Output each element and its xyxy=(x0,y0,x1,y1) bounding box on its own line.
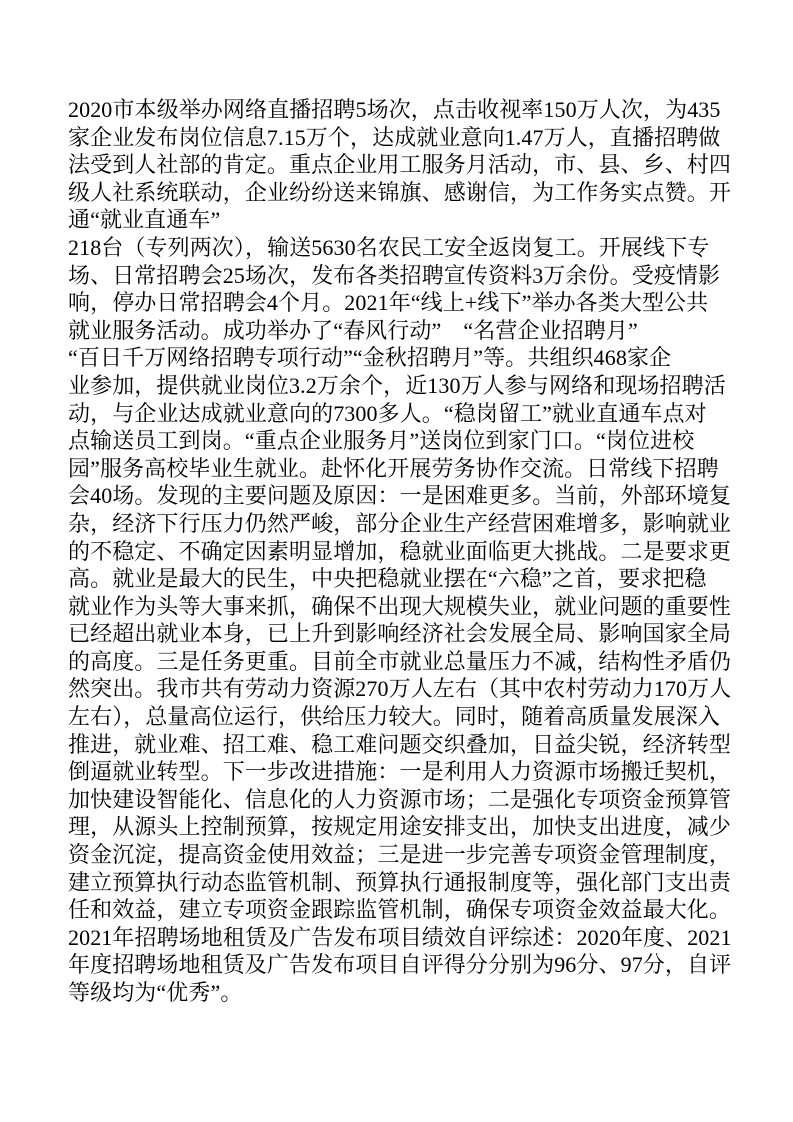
text-line: 倒逼就业转型。下一步改进措施：一是利用人力资源市场搬迁契机， xyxy=(68,758,740,786)
text-line: 通“就业直通车” xyxy=(68,206,740,234)
text-line: 推进，就业难、招工难、稳工难问题交织叠加，日益尖锐，经济转型 xyxy=(68,731,740,759)
text-line: 2020市本级举办网络直播招聘5场次，点击收视率150万人次，为435 xyxy=(68,96,740,124)
text-line: 已经超出就业本身，已上升到影响经济社会发展全局、影响国家全局 xyxy=(68,620,740,648)
text-line: 业参加，提供就业岗位3.2万余个，近130万人参与网络和现场招聘活 xyxy=(68,372,740,400)
text-line: 场、日常招聘会25场次，发布各类招聘宣传资料3万余份。受疫情影 xyxy=(68,262,740,290)
text-line: 然突出。我市共有劳动力资源270万人左右（其中农村劳动力170万人 xyxy=(68,675,740,703)
text-line: 就业服务活动。成功举办了“春风行动” “名营企业招聘月” xyxy=(68,317,740,345)
document-body-text: 2020市本级举办网络直播招聘5场次，点击收视率150万人次，为435家企业发布… xyxy=(68,96,740,1007)
text-line: 响，停办日常招聘会4个月。2021年“线上+线下”举办各类大型公共 xyxy=(68,289,740,317)
text-line: 法受到人社部的肯定。重点企业用工服务月活动，市、县、乡、村四 xyxy=(68,151,740,179)
text-line: 左右），总量高位运行，供给压力较大。同时，随着高质量发展深入 xyxy=(68,703,740,731)
document-page: 2020市本级举办网络直播招聘5场次，点击收视率150万人次，为435家企业发布… xyxy=(0,0,793,1122)
text-line: 理，从源头上控制预算，按规定用途安排支出，加快支出进度，减少 xyxy=(68,813,740,841)
text-line: 的不稳定、不确定因素明显增加，稳就业面临更大挑战。二是要求更 xyxy=(68,538,740,566)
text-line: “百日千万网络招聘专项行动”“金秋招聘月”等。共组织468家企 xyxy=(68,344,740,372)
text-line: 的高度。三是任务更重。目前全市就业总量压力不减，结构性矛盾仍 xyxy=(68,648,740,676)
text-line: 资金沉淀，提高资金使用效益；三是进一步完善专项资金管理制度， xyxy=(68,841,740,869)
text-line: 218台（专列两次），输送5630名农民工安全返岗复工。开展线下专 xyxy=(68,234,740,262)
text-line: 2021年招聘场地租赁及广告发布项目绩效自评综述：2020年度、2021 xyxy=(68,924,740,952)
text-line: 动，与企业达成就业意向的7300多人。“稳岗留工”就业直通车点对 xyxy=(68,400,740,428)
text-line: 建立预算执行动态监管机制、预算执行通报制度等，强化部门支出责 xyxy=(68,869,740,897)
text-line: 等级均为“优秀”。 xyxy=(68,979,740,1007)
text-line: 高。就业是最大的民生，中央把稳就业摆在“六稳”之首，要求把稳 xyxy=(68,565,740,593)
text-line: 杂，经济下行压力仍然严峻，部分企业生产经营困难增多，影响就业 xyxy=(68,510,740,538)
text-line: 任和效益，建立专项资金跟踪监管机制，确保专项资金效益最大化。 xyxy=(68,896,740,924)
text-line: 点输送员工到岗。“重点企业服务月”送岗位到家门口。“岗位进校 xyxy=(68,427,740,455)
text-line: 加快建设智能化、信息化的人力资源市场；二是强化专项资金预算管 xyxy=(68,786,740,814)
text-line: 级人社系统联动，企业纷纷送来锦旗、感谢信，为工作务实点赞。开 xyxy=(68,179,740,207)
text-line: 会40场。发现的主要问题及原因：一是困难更多。当前，外部环境复 xyxy=(68,482,740,510)
text-line: 就业作为头等大事来抓，确保不出现大规模失业，就业问题的重要性 xyxy=(68,593,740,621)
text-line: 园”服务高校毕业生就业。赴怀化开展劳务协作交流。日常线下招聘 xyxy=(68,455,740,483)
text-line: 年度招聘场地租赁及广告发布项目自评得分分别为96分、97分，自评 xyxy=(68,951,740,979)
text-line: 家企业发布岗位信息7.15万个，达成就业意向1.47万人，直播招聘做 xyxy=(68,124,740,152)
